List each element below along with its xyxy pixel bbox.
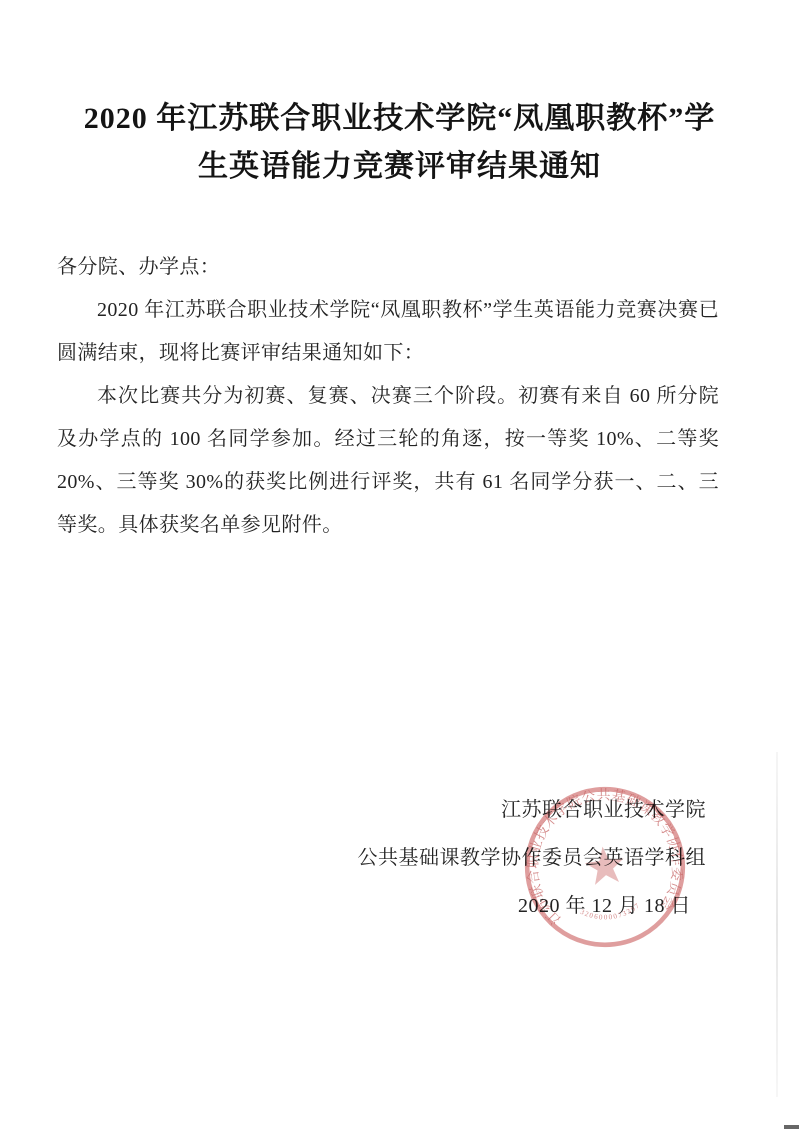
salutation: 各分院、办学点： (57, 246, 719, 289)
signature-org-line1: 江苏联合职业技术学院 (358, 786, 707, 834)
scanned-document-page: 2020 年江苏联合职业技术学院“凤凰职教杯”学 生英语能力竞赛评审结果通知 各… (0, 0, 799, 1130)
scan-corner-artifact (784, 1125, 799, 1129)
signature-date: 2020 年 12 月 18 日 (358, 882, 707, 930)
document-title: 2020 年江苏联合职业技术学院“凤凰职教杯”学 生英语能力竞赛评审结果通知 (0, 95, 799, 191)
document-title-line2: 生英语能力竞赛评审结果通知 (0, 143, 799, 191)
signature-block: 江苏联合职业技术学院 公共基础课教学协作委员会英语学科组 2020 年 12 月… (358, 786, 707, 930)
paragraph-2: 本次比赛共分为初赛、复赛、决赛三个阶段。初赛有来自 60 所分院及办学点的 10… (57, 375, 719, 547)
scan-edge-artifact (776, 752, 778, 1097)
document-body: 各分院、办学点： 2020 年江苏联合职业技术学院“凤凰职教杯”学生英语能力竞赛… (57, 246, 719, 547)
signature-org-line2: 公共基础课教学协作委员会英语学科组 (358, 834, 707, 882)
paragraph-1: 2020 年江苏联合职业技术学院“凤凰职教杯”学生英语能力竞赛决赛已圆满结束，现… (57, 289, 719, 375)
document-title-line1: 2020 年江苏联合职业技术学院“凤凰职教杯”学 (0, 95, 799, 143)
